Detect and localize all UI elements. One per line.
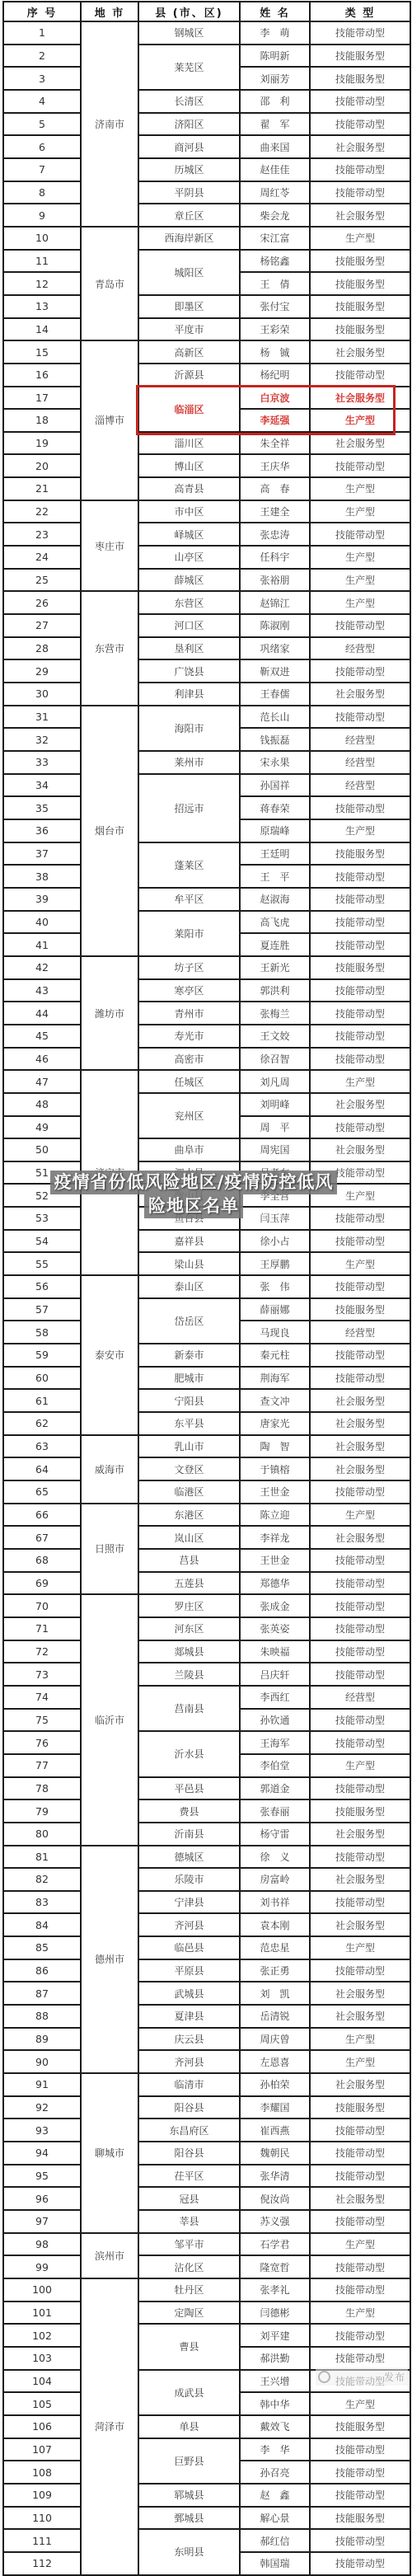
cell-type: 生产型 bbox=[310, 546, 410, 569]
cell-name: 王世金 bbox=[240, 1549, 310, 1572]
cell-county: 齐河县 bbox=[138, 1913, 240, 1936]
cell-county: 历城区 bbox=[138, 158, 240, 181]
cell-index: 26 bbox=[3, 591, 81, 614]
cell-index: 64 bbox=[3, 1457, 81, 1480]
cell-county: 市中区 bbox=[138, 500, 240, 523]
cell-county: 东明县 bbox=[138, 2529, 240, 2574]
cell-name: 张孝礼 bbox=[240, 2278, 310, 2302]
table-row: 16沂源县杨纪明技能带动型 bbox=[3, 364, 410, 387]
cell-county: 莒县 bbox=[138, 1549, 240, 1572]
cell-city: 滨州市 bbox=[81, 2233, 138, 2278]
table-row: 80沂南县杨守雷社会服务型 bbox=[3, 1823, 410, 1846]
cell-name: 王彩荣 bbox=[240, 318, 310, 341]
cell-county: 泰山区 bbox=[138, 1275, 240, 1298]
cell-type: 生产型 bbox=[310, 409, 410, 432]
cell-name: 白京波 bbox=[240, 387, 310, 410]
cell-type: 经营型 bbox=[310, 728, 410, 751]
cell-name: 李伯堂 bbox=[240, 1754, 310, 1777]
cell-city: 烟台市 bbox=[81, 706, 138, 956]
table-row: 107巨野县李 华技能带动型 bbox=[3, 2438, 410, 2461]
cell-name: 王世金 bbox=[240, 1480, 310, 1504]
cell-name: 魏朝民 bbox=[240, 2142, 310, 2165]
cell-county: 峄城区 bbox=[138, 523, 240, 546]
cell-name: 周 平 bbox=[240, 1116, 310, 1139]
cell-index: 8 bbox=[3, 181, 81, 204]
cell-county: 东营区 bbox=[138, 591, 240, 614]
cell-type: 生产型 bbox=[310, 2302, 410, 2325]
cell-index: 37 bbox=[3, 842, 81, 866]
cell-county: 东昌府区 bbox=[138, 2119, 240, 2142]
watermark-line-2: 险地区名单 bbox=[144, 1194, 243, 1218]
cell-index: 19 bbox=[3, 432, 81, 455]
cell-name: 陶 智 bbox=[240, 1435, 310, 1458]
cell-name: 刘 凯 bbox=[240, 1982, 310, 2005]
table-row: 29广饶县靳双进技能带动型 bbox=[3, 659, 410, 683]
press-logo-icon bbox=[318, 2371, 330, 2383]
cell-name: 高飞虎 bbox=[240, 911, 310, 934]
cell-index: 10 bbox=[3, 227, 81, 250]
table-row: 28垦利区巩绪家经营型 bbox=[3, 637, 410, 660]
cell-county: 五莲县 bbox=[138, 1572, 240, 1595]
table-row: 97莘县苏义强技能带动型 bbox=[3, 2210, 410, 2233]
table-row: 66日照市东港区陈立迎生产型 bbox=[3, 1504, 410, 1527]
cell-name: 高 春 bbox=[240, 477, 310, 500]
cell-name: 倪汝尚 bbox=[240, 2187, 310, 2210]
table-row: 21高青县高 春生产型 bbox=[3, 477, 410, 500]
cell-city: 淄博市 bbox=[81, 340, 138, 500]
cell-name: 韩中华 bbox=[240, 2392, 310, 2415]
cell-type: 生产型 bbox=[310, 819, 410, 842]
cell-name: 杨守雷 bbox=[240, 1823, 310, 1846]
cell-type: 技能带动型 bbox=[310, 2142, 410, 2165]
cell-city: 临沂市 bbox=[81, 1594, 138, 1845]
cell-type: 技能带动型 bbox=[310, 2529, 410, 2552]
cell-city: 日照市 bbox=[81, 1504, 138, 1595]
cell-name: 张成金 bbox=[240, 1594, 310, 1617]
table-row: 8平阴县周红苓技能带动型 bbox=[3, 181, 410, 204]
cell-index: 101 bbox=[3, 2302, 81, 2325]
table-row: 26东营市东营区赵锦江生产型 bbox=[3, 591, 410, 614]
cell-name: 秦元柱 bbox=[240, 1344, 310, 1367]
cell-name: 王新光 bbox=[240, 956, 310, 979]
cell-name: 杨铭鑫 bbox=[240, 250, 310, 273]
table-row: 44青州市张梅兰技能带动型 bbox=[3, 1002, 410, 1025]
cell-type: 技能服务型 bbox=[310, 2096, 410, 2119]
cell-county: 阳谷县 bbox=[138, 2142, 240, 2165]
table-row: 23峄城区张忠涛技能带动型 bbox=[3, 523, 410, 546]
cell-name: 王 平 bbox=[240, 865, 310, 888]
table-row: 48兖州区刘明峰社会服务型 bbox=[3, 1093, 410, 1116]
cell-county: 沂南县 bbox=[138, 1823, 240, 1846]
cell-county: 兰陵县 bbox=[138, 1663, 240, 1686]
table-row: 64文登区于镇榕社会服务型 bbox=[3, 1457, 410, 1480]
cell-name: 李耀国 bbox=[240, 2096, 310, 2119]
cell-index: 31 bbox=[3, 706, 81, 729]
cell-name: 苏义强 bbox=[240, 2210, 310, 2233]
table-row: 50曲阜市周宪国社会服务型 bbox=[3, 1138, 410, 1161]
cell-type: 技能带动型 bbox=[310, 2484, 410, 2507]
cell-type: 技能带动型 bbox=[310, 888, 410, 911]
cell-county: 庆云县 bbox=[138, 2028, 240, 2051]
cell-name: 郝红信 bbox=[240, 2529, 310, 2552]
cell-type: 社会服务型 bbox=[310, 135, 410, 158]
cell-index: 30 bbox=[3, 683, 81, 706]
cell-county: 定陶区 bbox=[138, 2302, 240, 2325]
table-row: 30利津县王春儒社会服务型 bbox=[3, 683, 410, 706]
cell-type: 技能带动型 bbox=[310, 1846, 410, 1869]
cell-county: 东平县 bbox=[138, 1412, 240, 1435]
table-row: 63威海市乳山市陶 智社会服务型 bbox=[3, 1435, 410, 1458]
cell-name: 李祥龙 bbox=[240, 1526, 310, 1549]
table-row: 111东明县郝红信技能带动型 bbox=[3, 2529, 410, 2552]
cell-index: 94 bbox=[3, 2142, 81, 2165]
cell-type: 技能带动型 bbox=[310, 2461, 410, 2484]
table-row: 34招远市孙国祥经营型 bbox=[3, 774, 410, 797]
cell-county: 岱岳区 bbox=[138, 1298, 240, 1344]
cell-county: 城阳区 bbox=[138, 250, 240, 295]
table-row: 6商河县曲来国社会服务型 bbox=[3, 135, 410, 158]
cell-index: 61 bbox=[3, 1389, 81, 1412]
cell-type: 社会服务型 bbox=[310, 1913, 410, 1936]
cell-type: 生产型 bbox=[310, 1936, 410, 1959]
cell-type: 生产型 bbox=[310, 569, 410, 592]
cell-index: 14 bbox=[3, 318, 81, 341]
watermark-line-1: 疫情省份低风险地区/疫情防控低风 bbox=[50, 1171, 338, 1194]
cell-type: 技能带动型 bbox=[310, 1777, 410, 1800]
table-row: 39牟平区赵淑海技能带动型 bbox=[3, 888, 410, 911]
cell-index: 2 bbox=[3, 45, 81, 68]
table-row: 88夏津县岳清锐社会服务型 bbox=[3, 2005, 410, 2028]
cell-county: 巨野县 bbox=[138, 2438, 240, 2484]
cell-index: 89 bbox=[3, 2028, 81, 2051]
cell-city: 泰安市 bbox=[81, 1275, 138, 1435]
table-row: 31烟台市海阳市范长山技能带动型 bbox=[3, 706, 410, 729]
cell-name: 房富岭 bbox=[240, 1868, 310, 1891]
table-row: 94阳谷县魏朝民技能带动型 bbox=[3, 2142, 410, 2165]
cell-index: 100 bbox=[3, 2278, 81, 2302]
cell-type: 技能带动型 bbox=[310, 2347, 410, 2370]
cell-index: 55 bbox=[3, 1252, 81, 1275]
cell-name: 孙国祥 bbox=[240, 774, 310, 797]
cell-county: 垦利区 bbox=[138, 637, 240, 660]
cell-index: 108 bbox=[3, 2461, 81, 2484]
cell-type: 技能带动型 bbox=[310, 1663, 410, 1686]
cell-name: 原瑞峰 bbox=[240, 819, 310, 842]
cell-city: 威海市 bbox=[81, 1435, 138, 1504]
cell-county: 沾化区 bbox=[138, 2255, 240, 2278]
cell-index: 107 bbox=[3, 2438, 81, 2461]
cell-name: 赵锦江 bbox=[240, 591, 310, 614]
cell-type: 社会服务型 bbox=[310, 1823, 410, 1846]
cell-type: 社会服务型 bbox=[310, 683, 410, 706]
table-row: 27河口区陈淑刚技能带动型 bbox=[3, 614, 410, 637]
cell-county: 任城区 bbox=[138, 1070, 240, 1093]
cell-name: 张梅兰 bbox=[240, 1002, 310, 1025]
cell-type: 生产型 bbox=[310, 477, 410, 500]
cell-name: 李延强 bbox=[240, 409, 310, 432]
cell-county: 沂水县 bbox=[138, 1731, 240, 1776]
cell-name: 赵佳佳 bbox=[240, 158, 310, 181]
cell-county: 高密市 bbox=[138, 1048, 240, 1071]
cell-index: 24 bbox=[3, 546, 81, 569]
cell-name: 范长山 bbox=[240, 706, 310, 729]
cell-type: 社会服务型 bbox=[310, 1982, 410, 2005]
cell-name: 杨 铖 bbox=[240, 340, 310, 364]
cell-name: 陈淑刚 bbox=[240, 614, 310, 637]
cell-type: 技能带动型 bbox=[310, 2210, 410, 2233]
cell-county: 乐陵市 bbox=[138, 1868, 240, 1891]
cell-county: 新泰市 bbox=[138, 1344, 240, 1367]
cell-index: 34 bbox=[3, 774, 81, 797]
cell-type: 生产型 bbox=[310, 2050, 410, 2073]
cell-type: 技能带动型 bbox=[310, 1594, 410, 1617]
table-row: 57岱岳区薛丽娜技能服务型 bbox=[3, 1298, 410, 1321]
cell-county: 郯城县 bbox=[138, 1640, 240, 1663]
cell-county: 德城区 bbox=[138, 1846, 240, 1869]
cell-index: 39 bbox=[3, 888, 81, 911]
table-row: 106单县戴效飞技能服务型 bbox=[3, 2415, 410, 2438]
table-row: 13即墨区张付宝技能服务型 bbox=[3, 295, 410, 318]
cell-index: 88 bbox=[3, 2005, 81, 2028]
cell-index: 58 bbox=[3, 1321, 81, 1344]
cell-type: 技能带动型 bbox=[310, 911, 410, 934]
cell-index: 21 bbox=[3, 477, 81, 500]
cell-county: 阳谷县 bbox=[138, 2096, 240, 2119]
table-row: 24山亭区任科宇生产型 bbox=[3, 546, 410, 569]
cell-type: 经营型 bbox=[310, 774, 410, 797]
cell-county: 邹平市 bbox=[138, 2233, 240, 2256]
cell-index: 33 bbox=[3, 751, 81, 774]
cell-name: 张正勇 bbox=[240, 1959, 310, 1982]
cell-name: 王文姣 bbox=[240, 1025, 310, 1048]
table-row: 7历城区赵佳佳技能带动型 bbox=[3, 158, 410, 181]
cell-type: 技能带动型 bbox=[310, 1731, 410, 1754]
table-row: 11城阳区杨铭鑫技能服务型 bbox=[3, 250, 410, 273]
cell-index: 80 bbox=[3, 1823, 81, 1846]
cell-type: 技能带动型 bbox=[310, 158, 410, 181]
table-row: 25薛城区张裕朋生产型 bbox=[3, 569, 410, 592]
cell-city: 济南市 bbox=[81, 21, 138, 227]
cell-type: 生产型 bbox=[310, 227, 410, 250]
cell-county: 莱阳市 bbox=[138, 911, 240, 956]
table-row: 74莒南县李西红经营型 bbox=[3, 1686, 410, 1709]
cell-county: 梁山县 bbox=[138, 1252, 240, 1275]
table-row: 4长清区邵 利技能带动型 bbox=[3, 90, 410, 113]
table-row: 65临港区王世金技能带动型 bbox=[3, 1480, 410, 1504]
publish-watermark-label: 发布 bbox=[384, 2370, 405, 2384]
cell-type: 社会服务型 bbox=[310, 340, 410, 364]
cell-name: 徐 义 bbox=[240, 1846, 310, 1869]
cell-name: 薛丽娜 bbox=[240, 1298, 310, 1321]
cell-county: 寿光市 bbox=[138, 1025, 240, 1048]
cell-county: 河口区 bbox=[138, 614, 240, 637]
cell-name: 陈立迎 bbox=[240, 1504, 310, 1527]
cell-type: 经营型 bbox=[310, 751, 410, 774]
cell-name: 巩绪家 bbox=[240, 637, 310, 660]
cell-type: 社会服务型 bbox=[310, 432, 410, 455]
cell-name: 韩国瑞 bbox=[240, 2552, 310, 2575]
cell-county: 夏津县 bbox=[138, 2005, 240, 2028]
col-header-index: 序 号 bbox=[3, 2, 81, 21]
cell-county: 岚山区 bbox=[138, 1526, 240, 1549]
cell-type: 技能带动型 bbox=[310, 865, 410, 888]
cell-type: 技能带动型 bbox=[310, 796, 410, 819]
cell-county: 茌平区 bbox=[138, 2165, 240, 2188]
table-row: 73兰陵县吕庆轩技能带动型 bbox=[3, 1663, 410, 1686]
cell-index: 79 bbox=[3, 1799, 81, 1823]
cell-index: 16 bbox=[3, 364, 81, 387]
cell-type: 生产型 bbox=[310, 2392, 410, 2415]
cell-type: 技能带动型 bbox=[310, 2438, 410, 2461]
cell-index: 59 bbox=[3, 1344, 81, 1367]
table-row: 55梁山县王厚鹏生产型 bbox=[3, 1252, 410, 1275]
cell-type: 技能带动型 bbox=[310, 113, 410, 136]
cell-type: 技能带动型 bbox=[310, 523, 410, 546]
table-row: 89庆云县周庆曾生产型 bbox=[3, 2028, 410, 2051]
cell-index: 77 bbox=[3, 1754, 81, 1777]
cell-index: 76 bbox=[3, 1731, 81, 1754]
cell-index: 82 bbox=[3, 1868, 81, 1891]
cell-county: 淄川区 bbox=[138, 432, 240, 455]
table-row: 90齐河县左恩喜生产型 bbox=[3, 2050, 410, 2073]
cell-county: 薛城区 bbox=[138, 569, 240, 592]
cell-city: 潍坊市 bbox=[81, 956, 138, 1070]
cell-index: 98 bbox=[3, 2233, 81, 2256]
table-row: 68莒县王世金技能带动型 bbox=[3, 1549, 410, 1572]
cell-county: 寒亭区 bbox=[138, 979, 240, 1002]
cell-index: 110 bbox=[3, 2507, 81, 2530]
table-row: 98滨州市邹平市石学君生产型 bbox=[3, 2233, 410, 2256]
cell-name: 朱全祥 bbox=[240, 432, 310, 455]
cell-name: 荆海军 bbox=[240, 1367, 310, 1390]
cell-name: 徐召智 bbox=[240, 1048, 310, 1071]
cell-city: 东营市 bbox=[81, 591, 138, 705]
cell-county: 青州市 bbox=[138, 1002, 240, 1025]
cell-type: 社会服务型 bbox=[310, 1435, 410, 1458]
cell-index: 81 bbox=[3, 1846, 81, 1869]
cell-name: 刘书祥 bbox=[240, 1891, 310, 1914]
cell-index: 23 bbox=[3, 523, 81, 546]
cell-county: 鄄城县 bbox=[138, 2507, 240, 2530]
cell-index: 104 bbox=[3, 2370, 81, 2393]
cell-type: 社会服务型 bbox=[310, 2187, 410, 2210]
cell-index: 12 bbox=[3, 272, 81, 295]
cell-name: 赵 鑫 bbox=[240, 2484, 310, 2507]
cell-index: 91 bbox=[3, 2073, 81, 2096]
cell-type: 社会服务型 bbox=[310, 1412, 410, 1435]
cell-index: 41 bbox=[3, 933, 81, 956]
cell-index: 106 bbox=[3, 2415, 81, 2438]
table-row: 47济宁市任城区刘凡周生产型 bbox=[3, 1070, 410, 1093]
cell-type: 技能服务型 bbox=[310, 956, 410, 979]
cell-county: 冠县 bbox=[138, 2187, 240, 2210]
cell-county: 招远市 bbox=[138, 774, 240, 842]
cell-type: 技能带动型 bbox=[310, 1275, 410, 1298]
cell-name: 崔西燕 bbox=[240, 2119, 310, 2142]
cell-name: 曲来国 bbox=[240, 135, 310, 158]
cell-county: 即墨区 bbox=[138, 295, 240, 318]
cell-name: 查文冲 bbox=[240, 1389, 310, 1412]
cell-county: 高青县 bbox=[138, 477, 240, 500]
cell-name: 刘平建 bbox=[240, 2324, 310, 2347]
cell-name: 宋江富 bbox=[240, 227, 310, 250]
cell-name: 王建全 bbox=[240, 500, 310, 523]
cell-index: 5 bbox=[3, 113, 81, 136]
table-row: 1济南市钢城区李 萌技能带动型 bbox=[3, 21, 410, 45]
cell-county: 武城县 bbox=[138, 1982, 240, 2005]
cell-type: 社会服务型 bbox=[310, 204, 410, 227]
cell-county: 平邑县 bbox=[138, 1777, 240, 1800]
cell-type: 技能服务型 bbox=[310, 67, 410, 90]
cell-type: 技能带动型 bbox=[310, 1549, 410, 1572]
cell-type: 技能服务型 bbox=[310, 2507, 410, 2530]
cell-type: 技能带动型 bbox=[310, 979, 410, 1002]
cell-index: 69 bbox=[3, 1572, 81, 1595]
col-header-type: 类 型 bbox=[310, 2, 410, 21]
cell-name: 刘明峰 bbox=[240, 1093, 310, 1116]
cell-county: 钢城区 bbox=[138, 21, 240, 45]
cell-index: 60 bbox=[3, 1367, 81, 1390]
table-row: 87武城县刘 凯社会服务型 bbox=[3, 1982, 410, 2005]
cell-name: 张裕朋 bbox=[240, 569, 310, 592]
cell-name: 闫德彬 bbox=[240, 2302, 310, 2325]
cell-type: 技能带动型 bbox=[310, 1116, 410, 1139]
cell-name: 隆宽哲 bbox=[240, 2255, 310, 2278]
cell-type: 生产型 bbox=[310, 591, 410, 614]
cell-index: 73 bbox=[3, 1663, 81, 1686]
cell-county: 成武县 bbox=[138, 2370, 240, 2415]
cell-city: 菏泽市 bbox=[81, 2278, 138, 2575]
cell-index: 95 bbox=[3, 2165, 81, 2188]
cell-name: 钱振磊 bbox=[240, 728, 310, 751]
cell-county: 章丘区 bbox=[138, 204, 240, 227]
cell-type: 生产型 bbox=[310, 1504, 410, 1527]
cell-index: 68 bbox=[3, 1549, 81, 1572]
cell-type: 技能带动型 bbox=[310, 2119, 410, 2142]
cell-name: 张忠涛 bbox=[240, 523, 310, 546]
cell-index: 49 bbox=[3, 1116, 81, 1139]
cell-type: 技能服务型 bbox=[310, 45, 410, 68]
cell-type: 技能服务型 bbox=[310, 250, 410, 273]
cell-county: 河东区 bbox=[138, 1617, 240, 1640]
cell-name: 蒋春荣 bbox=[240, 796, 310, 819]
cell-county: 坊子区 bbox=[138, 956, 240, 979]
table-row: 71河东区张英姿技能带动型 bbox=[3, 1617, 410, 1640]
cell-name: 王海军 bbox=[240, 1731, 310, 1754]
cell-name: 孙召亮 bbox=[240, 2461, 310, 2484]
cell-type: 技能服务型 bbox=[310, 295, 410, 318]
cell-type: 生产型 bbox=[310, 1252, 410, 1275]
cell-index: 20 bbox=[3, 454, 81, 477]
cell-name: 王 倩 bbox=[240, 272, 310, 295]
cell-county: 广饶县 bbox=[138, 659, 240, 683]
cell-county: 临港区 bbox=[138, 1480, 240, 1504]
cell-type: 技能带动型 bbox=[310, 706, 410, 729]
bottom-right-watermark: 发布 bbox=[316, 2367, 408, 2386]
cell-index: 13 bbox=[3, 295, 81, 318]
cell-index: 9 bbox=[3, 204, 81, 227]
cell-city: 枣庄市 bbox=[81, 500, 138, 592]
table-row: 110鄄城县解心景技能服务型 bbox=[3, 2507, 410, 2530]
cell-index: 63 bbox=[3, 1435, 81, 1458]
cell-type: 技能服务型 bbox=[310, 842, 410, 866]
cell-index: 72 bbox=[3, 1640, 81, 1663]
cell-type: 技能带动型 bbox=[310, 2552, 410, 2575]
cell-name: 刘凡周 bbox=[240, 1070, 310, 1093]
cell-index: 42 bbox=[3, 956, 81, 979]
cell-county: 嘉祥县 bbox=[138, 1230, 240, 1253]
cell-type: 生产型 bbox=[310, 2233, 410, 2256]
